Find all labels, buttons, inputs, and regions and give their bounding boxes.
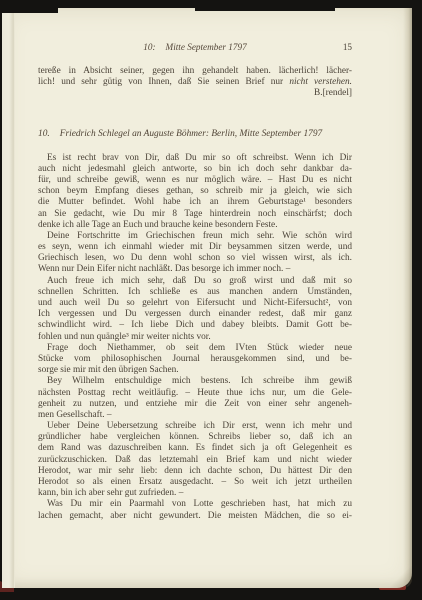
letter-number: 10.: [38, 129, 50, 139]
body-line: für, und schreibe gewiß, wenn es nur mög…: [38, 175, 352, 186]
running-head-row: 10:Mitte September 1797 15: [38, 41, 352, 53]
running-head-title: Mitte September 1797: [166, 42, 247, 52]
body-line: genheit zu nutzen, und entziehe mir die …: [38, 399, 352, 410]
body-line: dem Rand was dazuschreiben kann. Es find…: [38, 443, 352, 454]
page-top-edge-notch: [0, 0, 58, 13]
letter-body: Es ist recht brav von Dir, daß Du mir so…: [38, 153, 352, 522]
page-top-edge-notch: [195, 0, 335, 11]
letter-title: Friedrich Schlegel an Auguste Böhmer: Be…: [60, 129, 323, 139]
body-line: Griechisch lesen, wo Du denn wohl schon …: [38, 253, 352, 264]
text-line: tereße in Absicht seiner, gegen ihn geha…: [38, 66, 352, 77]
body-line: Es ist recht brav von Dir, daß Du mir so…: [38, 153, 352, 164]
body-line: fohlen und nun quängle³ mir weiter nicht…: [38, 332, 352, 343]
page-number: 15: [343, 41, 352, 53]
letter-heading: 10.Friedrich Schlegel an Auguste Böhmer:…: [38, 128, 352, 140]
text-span: lich! und sehr gütig von Ihnen, daß Sie …: [38, 77, 289, 87]
body-line: schwindlicht wird. – Ich liebe Dich und …: [38, 320, 352, 331]
body-line: an Sie gedacht, wie Du mir 8 Tage hinter…: [38, 209, 352, 220]
body-line: denke ich alle Tage an Euch und brauche …: [38, 220, 352, 231]
page-fore-edge: [403, 8, 412, 588]
body-line: schnellen Schritten. Ich schließe es aus…: [38, 287, 352, 298]
body-line: Ich vergessen und Du vergessen durch ein…: [38, 309, 352, 320]
body-line: die Mutter befindet. Wohl habe ich an ih…: [38, 197, 352, 208]
body-line: es seyn, wenn ich einmahl wieder mit Dir…: [38, 242, 352, 253]
running-head-number: 10:: [143, 42, 155, 52]
body-line: Herodot, war mir sehr lieb: denn ich dac…: [38, 466, 352, 477]
signature: B.[rendel]: [38, 88, 352, 99]
body-line: sorge sie mir mit den übrigen Sachen.: [38, 365, 352, 376]
body-line: Wenn nur Dein Eifer nicht nachläßt. Das …: [38, 264, 352, 275]
body-line: men Gesellschaft. –: [38, 410, 352, 421]
continuation-paragraph: tereße in Absicht seiner, gegen ihn geha…: [38, 66, 352, 100]
body-line: Was Du mir ein Paarmahl von Lotte geschr…: [38, 499, 352, 510]
body-line: nächsten Posttag recht weitläufig. – Heu…: [38, 388, 352, 399]
body-line: zurückzuschicken. Daß das letztemahl ein…: [38, 455, 352, 466]
body-line: gründlicher habe vergleichen können. Sch…: [38, 432, 352, 443]
body-line: Stücke vom philosophischen Journal herau…: [38, 354, 352, 365]
page-text-block: 10:Mitte September 1797 15 tereße in Abs…: [38, 8, 352, 522]
emphasis-text: nicht verstehen.: [289, 77, 352, 87]
body-line: kann, bin ich aber sehr gut zufrieden. –: [38, 488, 352, 499]
body-line: und auch weil Du so gelehrt von Eifersuc…: [38, 298, 352, 309]
body-line: Bey Wilhelm entschuldige mich bestens. I…: [38, 376, 352, 387]
body-line: Ueber Deine Uebersetzung schreibe ich Di…: [38, 421, 352, 432]
body-line: Auch freue ich mich sehr, daß Du so groß…: [38, 276, 352, 287]
body-line: Deine Fortschritte im Griechischen freun…: [38, 231, 352, 242]
body-line: auch nicht jedesmahl gleich antworte, so…: [38, 164, 352, 175]
book-page: 10:Mitte September 1797 15 tereße in Abs…: [2, 8, 412, 588]
body-line: Herodot so als einen Ersatz ausgedacht. …: [38, 477, 352, 488]
body-line: Frage doch Niethammer, ob seit dem IVten…: [38, 343, 352, 354]
page-gutter-shadow: [2, 8, 15, 588]
body-line: schon beym Empfang dieses gethan, so sch…: [38, 186, 352, 197]
running-head: 10:Mitte September 1797: [143, 42, 246, 52]
text-line: lich! und sehr gütig von Ihnen, daß Sie …: [38, 77, 352, 88]
body-line: lachen gemacht, aber nicht gewundert. Di…: [38, 511, 352, 522]
book-scan: 10:Mitte September 1797 15 tereße in Abs…: [0, 0, 422, 600]
